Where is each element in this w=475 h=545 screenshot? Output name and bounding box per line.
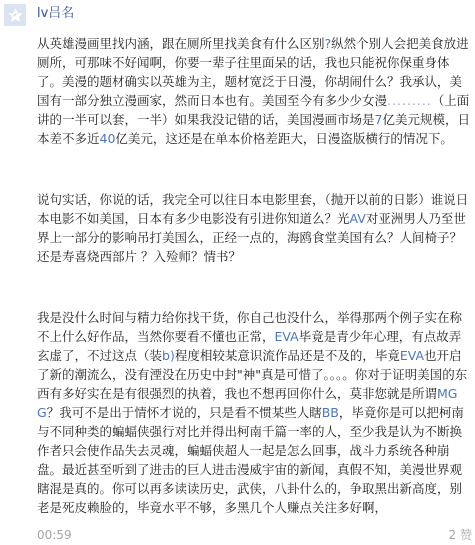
text-segment-highlight: 40 — [100, 131, 116, 146]
text-segment: 从英雄漫画里找内涵，跟在厕所里找美食有什么区别 — [37, 36, 325, 51]
text-segment-highlight: EVA — [275, 329, 299, 344]
like-button[interactable]: 2 赞 — [449, 526, 472, 543]
comment-paragraph: 我是没什么时间与精力给你找干货，你自己也没什么，举得那两个例子实在称不上什么好作… — [37, 308, 470, 517]
text-segment-highlight: EVA — [400, 348, 424, 363]
comment-footer: 00:59 2 赞 — [0, 517, 475, 543]
avatar[interactable] — [4, 4, 26, 26]
text-segment: 程度相较某意识流作品还是不及的，毕竟 — [175, 348, 400, 363]
text-segment-highlight: AV — [350, 211, 366, 226]
text-segment: ？我可不是出于情怀才说的，只是看不惯某些人瞎 — [47, 405, 322, 420]
comment-paragraph: 从英雄漫画里找内涵，跟在厕所里找美食有什么区别?纵然个别人会把美食放进厕所，可那… — [37, 34, 470, 148]
text-segment-highlight: ......... — [387, 93, 432, 108]
comment-text: 从英雄漫画里找内涵，跟在厕所里找美食有什么区别?纵然个别人会把美食放进厕所，可那… — [37, 34, 470, 517]
text-segment: ，毕竟你是可以把柯南与不同种类的蝙蝠侠强行对比并得出柯南千篇一率的人，至少我是认… — [37, 405, 464, 515]
text-segment-highlight: BB — [322, 405, 339, 420]
star-icon — [7, 7, 24, 24]
comment-header: lv吕名 — [0, 0, 475, 28]
text-segment-highlight: b) — [162, 348, 175, 363]
username-link[interactable]: lv吕名 — [37, 6, 74, 21]
comment-card: lv吕名 从英雄漫画里找内涵，跟在厕所里找美食有什么区别?纵然个别人会把美食放进… — [0, 0, 475, 545]
timestamp: 00:59 — [37, 528, 72, 542]
comment-paragraph: 说句实话，你说的话，我完全可以往日本电影里套，（抛开以前的日影）谁说日本电影不如… — [37, 190, 470, 266]
text-segment: 亿美元，这还是在单本价格差距大，日漫盗版横行的情况下。 — [115, 131, 453, 146]
